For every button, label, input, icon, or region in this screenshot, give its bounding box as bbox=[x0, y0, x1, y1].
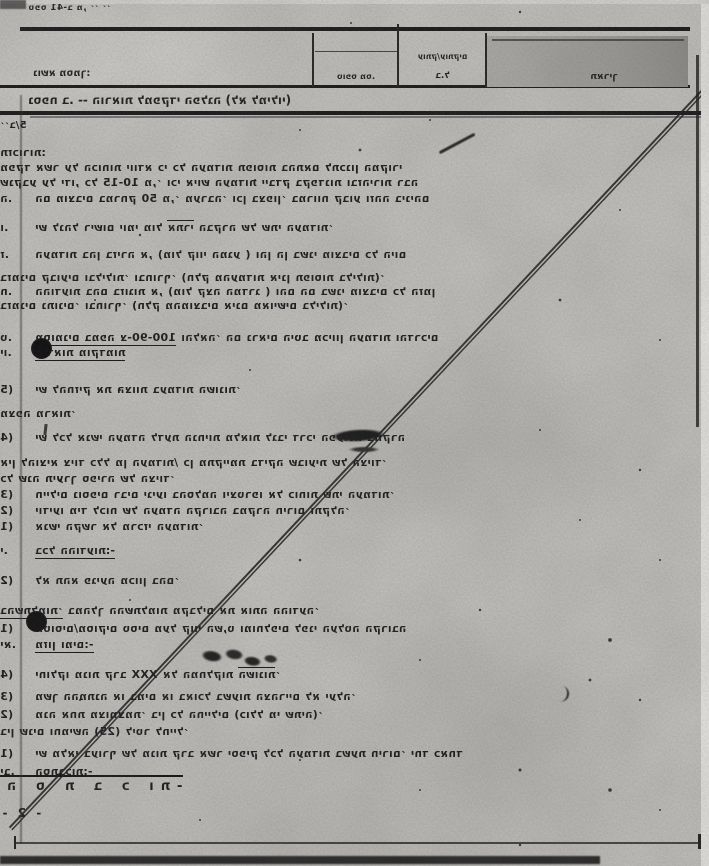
line-marker: ח. bbox=[0, 285, 22, 299]
line-marker: 2) bbox=[0, 504, 22, 518]
line-marker: ו. bbox=[0, 221, 22, 235]
line-marker: ז. bbox=[0, 248, 22, 262]
text-line: מפקד אשר על הכוחות יוודא כי כל העמדות תפ… bbox=[0, 161, 709, 175]
box-inner-divider bbox=[315, 51, 397, 52]
line-marker: 3) bbox=[0, 690, 22, 704]
line-text: אין להוציא ציוד כלל מן העמדות/ כן מתקיימ… bbox=[0, 456, 387, 469]
paper-edge-left bbox=[20, 95, 22, 843]
text-line: 1)יש מלאי בעורף של מנות קרב אשר יספיק לכ… bbox=[0, 747, 709, 761]
form-number-label: טופס מס. bbox=[314, 72, 398, 82]
corner-tick bbox=[14, 836, 16, 849]
text-line: 3)משך ההמתנה או במים או באוכל בשעות הצהר… bbox=[0, 690, 709, 704]
line-text: בזמנים קבועים ובלילות׳ ובחורף׳ (חלק מהעמ… bbox=[0, 271, 385, 284]
section-heading: יו.הוראות מוקדמות bbox=[0, 346, 709, 360]
line-text: העמדות בהן בזירה א, (מול קווי המגע ) והן… bbox=[35, 248, 406, 261]
text-line: כל שנה תיערך ספירה של הציוד׳ bbox=[0, 472, 709, 486]
line-marker: ה. bbox=[0, 192, 22, 206]
text-line: 2)מנה אחת מצומצמת׳ בין כל החיילים (כולל … bbox=[0, 708, 709, 722]
line-text: מנה אחת מצומצמת׳ בין כל החיילים (כולל מי… bbox=[35, 708, 323, 721]
line-text: יש להחזיק את הצוות בעמדות השונות׳ bbox=[35, 383, 241, 396]
line-text: ההודעות בהם בזוגות א, (מול קצה המדרג ) ו… bbox=[35, 285, 435, 298]
title-underline-thick bbox=[0, 111, 709, 115]
section-heading: י.בכל ההודעות:- bbox=[0, 544, 709, 558]
line-text: ה ס ת ב כ ות- bbox=[0, 775, 183, 794]
line-text: חיילים נוספים רבים יגיעו בהסלמה ויצטרפו … bbox=[35, 488, 394, 501]
line-text: יש מלאי בעורף של מנות קרב אשר יספיק לכל … bbox=[35, 747, 463, 760]
line-text: שנקבע על ידו, כל 10-15 מ,׳ וכי איוש העמד… bbox=[0, 176, 418, 189]
line-text: מזון ומים:- bbox=[35, 638, 94, 653]
form-top-note: טפס 41-ב מ, ׳׳ ׳׳ bbox=[28, 3, 111, 13]
page-number: - 2 - bbox=[0, 806, 709, 821]
line-text: הם מוצבים במרחק 50 מ,׳ מערבה׳ וכן בצפון׳… bbox=[35, 192, 429, 205]
intro-heading: תזכורות: bbox=[0, 146, 709, 160]
paper-edge-right bbox=[696, 55, 699, 427]
corner-artifact bbox=[0, 0, 26, 9]
text-line: מצפה מראות׳ bbox=[0, 407, 709, 421]
line-marker: יו. bbox=[0, 346, 22, 360]
line-text: מצפה מראות׳ bbox=[0, 407, 76, 420]
line-text: מסומנים במפה צ-100-90 והלאה׳ הם נראים הי… bbox=[35, 331, 438, 346]
text-line: בזמנים נתונים׳ ובחורף׳ (חלק מהמוצבים אינ… bbox=[0, 299, 709, 313]
line-marker: 1) bbox=[0, 520, 22, 534]
line-marker: 2) bbox=[0, 708, 22, 722]
line-marker: ט. bbox=[0, 331, 22, 345]
text-line: 4)יחולקו מנות קרב XXX אל המחלקות השונות׳ bbox=[0, 668, 709, 682]
punch-hole bbox=[26, 611, 47, 632]
line-text: ׳׳ב/5 bbox=[0, 120, 27, 131]
top-rule bbox=[20, 27, 690, 31]
subject-label: נושא מסמך: bbox=[33, 68, 90, 79]
copies-label: עותק/עותקים bbox=[399, 52, 486, 61]
line-text: בכל ההודעות:- bbox=[35, 544, 115, 559]
line-text: אנשי הקשר אל מרכזי העמדות׳ bbox=[35, 520, 203, 533]
corner-tick bbox=[698, 834, 701, 849]
line-marker: 5) bbox=[0, 383, 22, 397]
text-line: בזמנים קבועים ובלילות׳ ובחורף׳ (חלק מהעמ… bbox=[0, 271, 709, 285]
date-label: תאריך bbox=[569, 71, 639, 82]
text-line: ז.העמדות בהן בזירה א, (מול קווי המגע ) ו… bbox=[0, 248, 709, 262]
text-line: 5)יש להחזיק את הצוות בעמדות השונות׳ bbox=[0, 383, 709, 397]
line-text: יש לנהל רישום יומי מול אתרי הבקרה של שתי… bbox=[35, 220, 333, 234]
text-line: 3)חיילים נוספים רבים יגיעו בהסלמה ויצטרפ… bbox=[0, 488, 709, 502]
line-text: כל שנה תיערך ספירה של הציוד׳ bbox=[0, 472, 175, 485]
line-text: בהשתלמות׳ במהלך ההשתלמות מקבלים את אותה … bbox=[0, 604, 319, 619]
page-ref: ׳׳ב/5 bbox=[0, 118, 709, 133]
line-text: מפקד אשר על הכוחות יוודא כי כל העמדות תפ… bbox=[0, 161, 402, 174]
scan-margin-right bbox=[701, 0, 709, 866]
line-marker: יא. bbox=[0, 638, 22, 652]
text-line: בהשתלמות׳ במהלך ההשתלמות מקבלים את אותה … bbox=[0, 604, 709, 618]
line-text: תזכורות: bbox=[0, 146, 46, 159]
footer-rule bbox=[14, 842, 701, 844]
copies-sub-label: ב.ל bbox=[399, 71, 486, 81]
line-marker: י. bbox=[0, 544, 22, 558]
line-text: בזמנים נתונים׳ ובחורף׳ (חלק מהמוצבים אינ… bbox=[0, 299, 348, 312]
scanned-document-page: טפס 41-ב מ, ׳׳ ׳׳ טופס מס. עותק/עותקים ב… bbox=[0, 0, 709, 866]
line-marker: 1) bbox=[0, 747, 22, 761]
punch-hole bbox=[31, 338, 52, 359]
line-text: משך ההמתנה או במים או באוכל בשעות הצהריי… bbox=[35, 690, 356, 703]
text-line: 1)מטוסים/מסוקים טסים מעל קווי הש,ט ומוחל… bbox=[0, 622, 709, 636]
text-line: 2)יודיעו מיד לכוח של העמדה הקרובה במקרה … bbox=[0, 504, 709, 518]
text-line: ח.ההודעות בהם בזוגות א, (מול קצה המדרג )… bbox=[0, 285, 709, 299]
line-marker: 4) bbox=[0, 668, 22, 682]
text-line: 1)אנשי הקשר אל מרכזי העמדות׳ bbox=[0, 520, 709, 534]
handwritten-line: ה ס ת ב כ ות- bbox=[0, 779, 709, 794]
text-line: שנקבע על ידו, כל 10-15 מ,׳ וכי איוש העמד… bbox=[0, 176, 709, 190]
line-text: מטוסים/מסוקים טסים מעל קווי הש,ט ומוחלפי… bbox=[35, 622, 406, 635]
text-line: ו.יש לנהל רישום יומי מול אתרי הבקרה של ש… bbox=[0, 221, 709, 235]
line-marker: 3) bbox=[0, 488, 22, 502]
scan-bottom-band bbox=[0, 856, 600, 864]
line-marker: 2) bbox=[0, 574, 22, 588]
line-marker: 1) bbox=[0, 622, 22, 636]
line-text: לא תהא פגיעה מכוון בהם׳ bbox=[35, 574, 179, 587]
handwritten-note bbox=[343, 445, 385, 454]
text-line: 2)לא תהא פגיעה מכוון בהם׳ bbox=[0, 574, 709, 588]
page-title: נספח ב. -- הוראות למפקדי הפלגה (לא למילו… bbox=[28, 93, 291, 107]
text-line: ט.מסומנים במפה צ-100-90 והלאה׳ הם נראים … bbox=[0, 331, 709, 345]
section-heading: יא.מזון ומים:- bbox=[0, 638, 709, 652]
line-marker: 4) bbox=[0, 431, 22, 445]
ink-blot bbox=[325, 425, 392, 445]
scan-margin-top bbox=[0, 0, 709, 4]
